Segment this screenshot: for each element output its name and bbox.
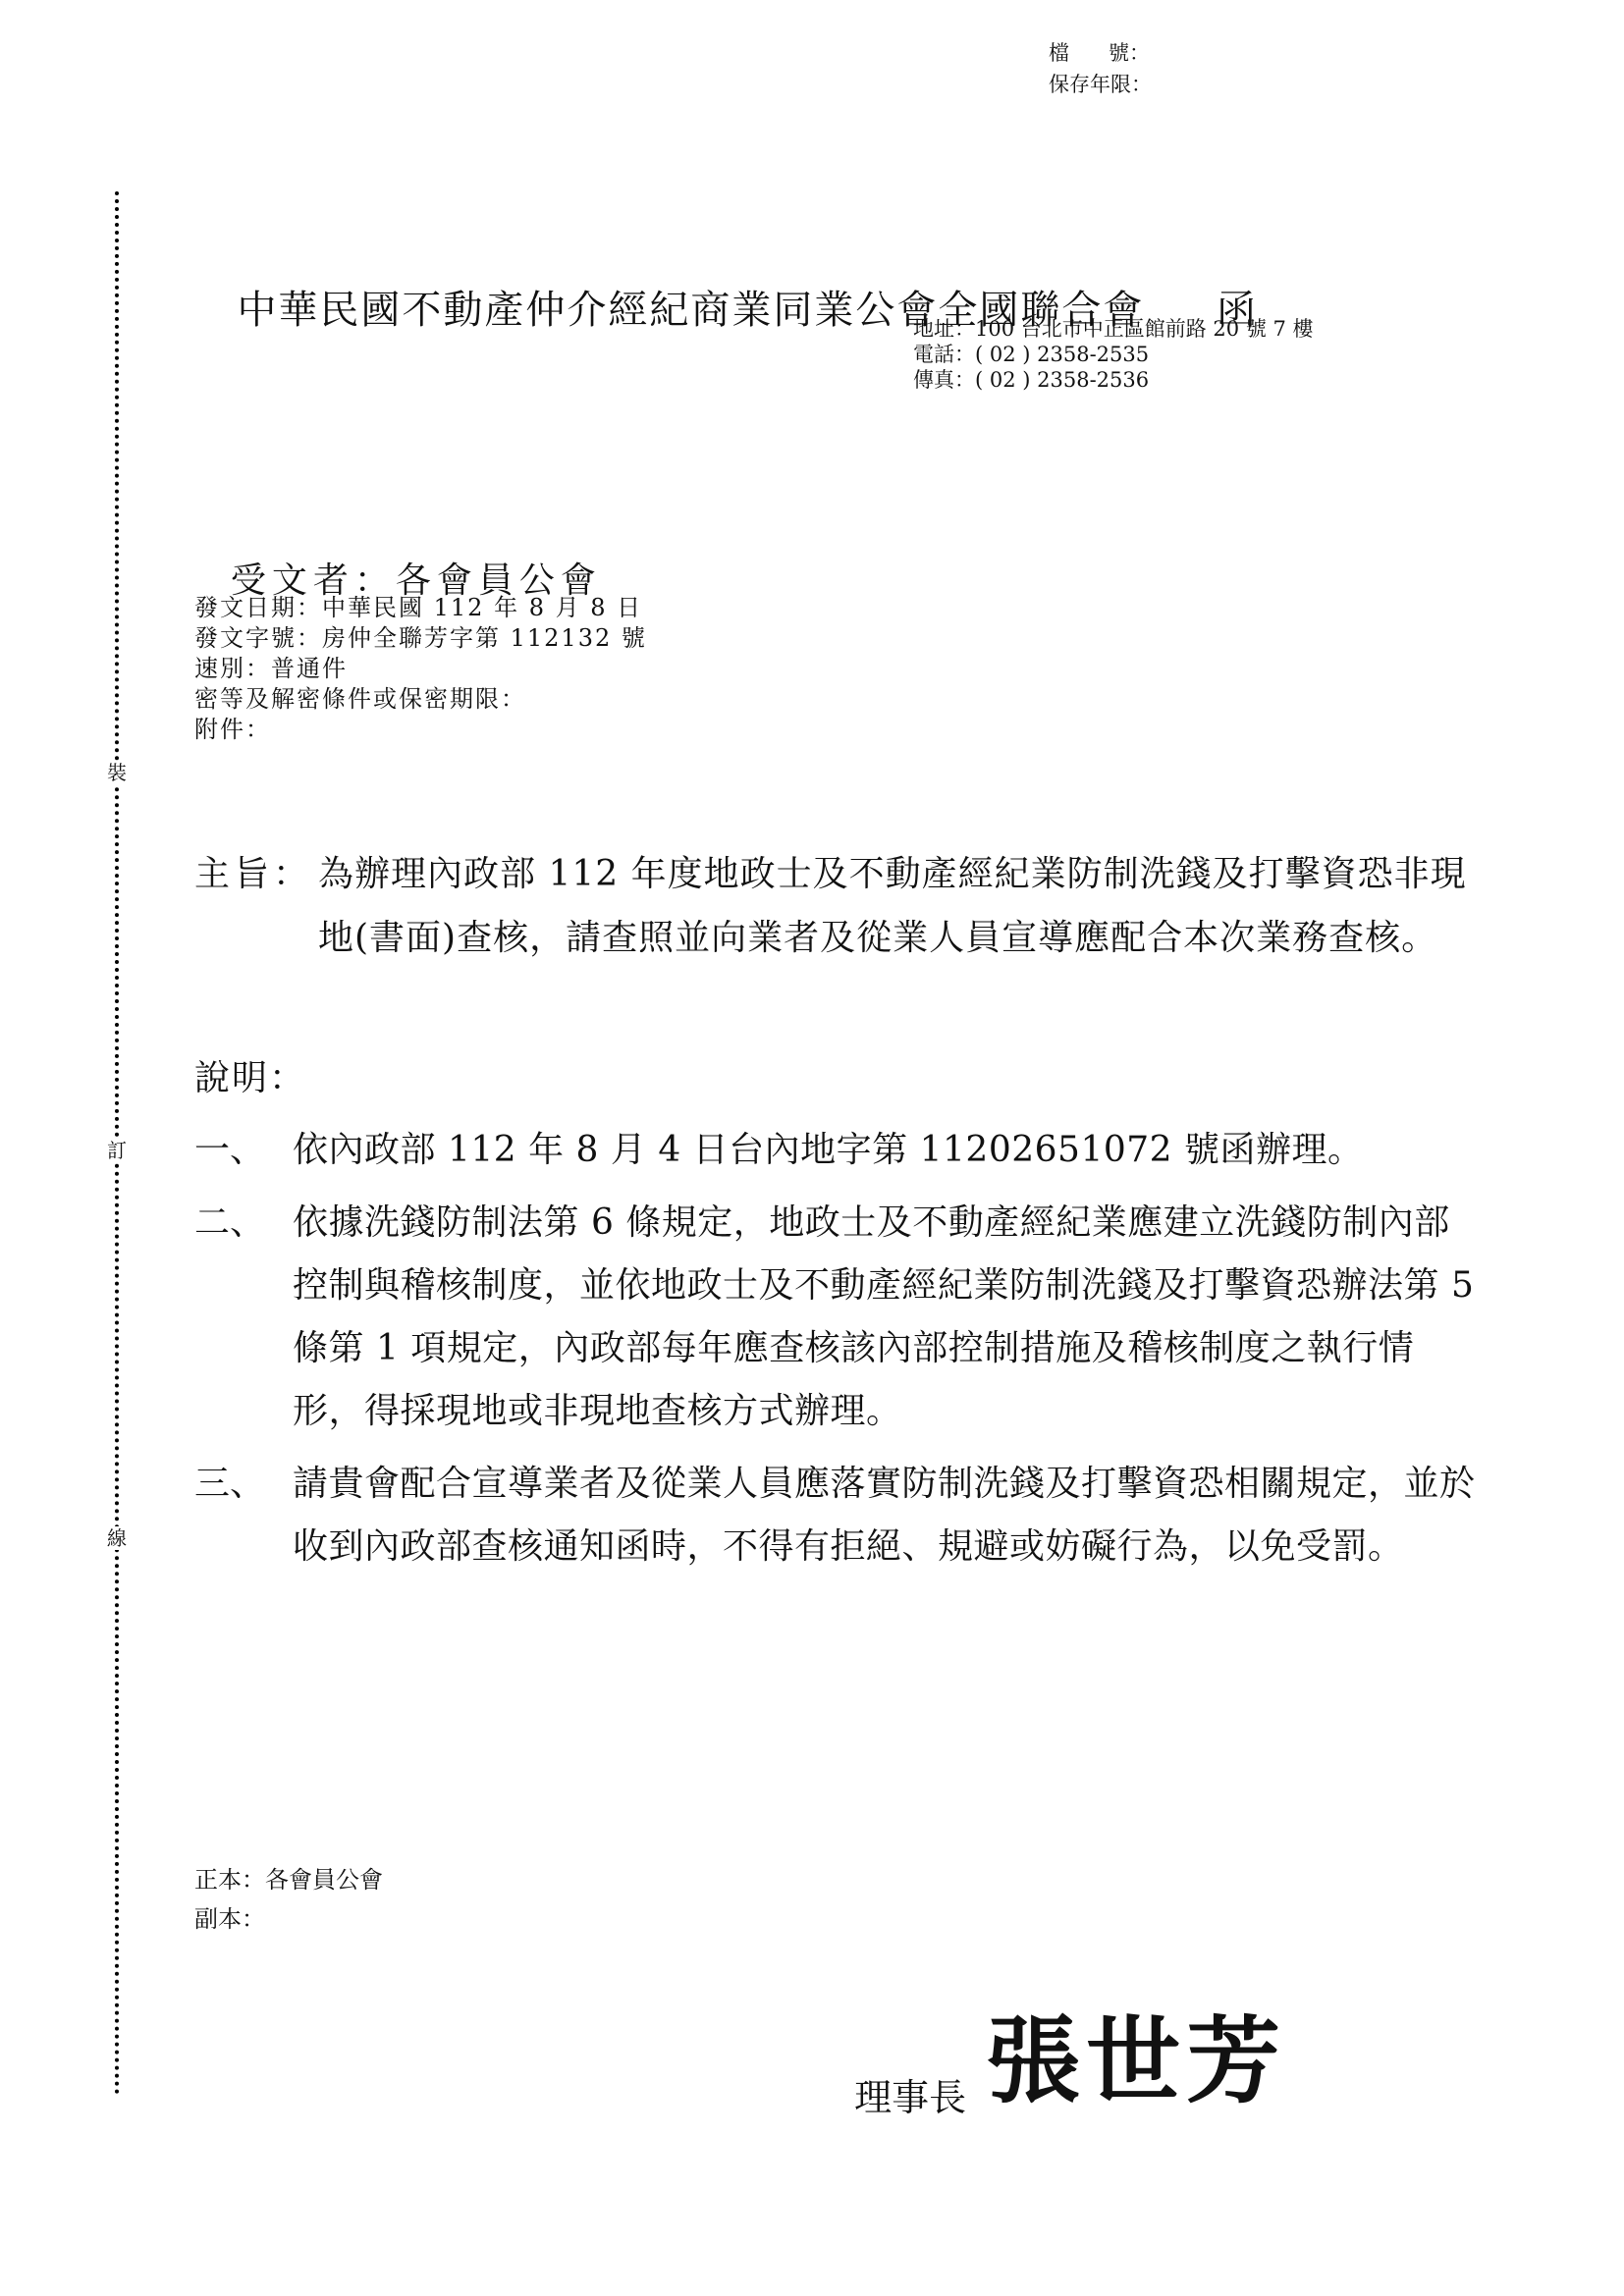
signer-name: 張世芳 bbox=[986, 1987, 1286, 2121]
subject-text: 為辦理內政部 112 年度地政士及不動產經紀業防制洗錢及打擊資恐非現地(書面)查… bbox=[318, 842, 1481, 970]
binding-mark-bind: 裝 bbox=[102, 761, 132, 784]
item-text: 請貴會配合宣導業者及從業人員應落實防制洗錢及打擊資恐相關規定，並於收到內政部查核… bbox=[293, 1453, 1481, 1578]
binding-mark-line: 線 bbox=[102, 1526, 132, 1550]
list-item: 三、 請貴會配合宣導業者及從業人員應落實防制洗錢及打擊資恐相關規定，並於收到內政… bbox=[194, 1453, 1481, 1578]
document-number: 發文字號：房仲全聯芳字第 112132 號 bbox=[194, 623, 647, 654]
file-meta: 檔 號： 保存年限： bbox=[1049, 37, 1152, 100]
document-meta: 發文日期：中華民國 112 年 8 月 8 日 發文字號：房仲全聯芳字第 112… bbox=[194, 593, 647, 745]
original-recipients: 正本：各會員公會 bbox=[194, 1860, 383, 1899]
contact-info: 地址：100 台北市中正區館前路 20 號 7 樓 電話：( 02 ) 2358… bbox=[913, 316, 1314, 393]
urgency: 速別：普通件 bbox=[194, 654, 647, 684]
file-number-label: 檔 號： bbox=[1049, 37, 1152, 69]
list-item: 一、 依內政部 112 年 8 月 4 日台內地字第 11202651072 號… bbox=[194, 1119, 1481, 1182]
phone: 電話：( 02 ) 2358-2535 bbox=[913, 342, 1314, 367]
item-number: 一、 bbox=[194, 1119, 265, 1182]
explanation-list: 一、 依內政部 112 年 8 月 4 日台內地字第 11202651072 號… bbox=[194, 1119, 1481, 1588]
explanation-label: 說明： bbox=[194, 1050, 306, 1100]
classification: 密等及解密條件或保密期限： bbox=[194, 684, 647, 715]
item-number: 二、 bbox=[194, 1192, 265, 1255]
subject: 主旨： 為辦理內政部 112 年度地政士及不動產經紀業防制洗錢及打擊資恐非現地(… bbox=[194, 842, 1481, 970]
cc-recipients: 副本： bbox=[194, 1899, 383, 1939]
distribution: 正本：各會員公會 副本： bbox=[194, 1860, 383, 1939]
retention-period-label: 保存年限： bbox=[1049, 69, 1152, 100]
item-text: 依據洗錢防制法第 6 條規定，地政士及不動產經紀業應建立洗錢防制內部控制與稽核制… bbox=[293, 1192, 1481, 1443]
list-item: 二、 依據洗錢防制法第 6 條規定，地政士及不動產經紀業應建立洗錢防制內部控制與… bbox=[194, 1192, 1481, 1443]
item-number: 三、 bbox=[194, 1453, 265, 1516]
signature-block: 理事長張世芳 bbox=[844, 1968, 1286, 2121]
attachments: 附件： bbox=[194, 715, 647, 745]
subject-label: 主旨： bbox=[194, 842, 312, 906]
fax: 傳真：( 02 ) 2358-2536 bbox=[913, 367, 1314, 393]
issue-date: 發文日期：中華民國 112 年 8 月 8 日 bbox=[194, 593, 647, 623]
address: 地址：100 台北市中正區館前路 20 號 7 樓 bbox=[913, 316, 1314, 342]
signer-title: 理事長 bbox=[854, 2067, 966, 2121]
binding-mark-staple: 訂 bbox=[102, 1139, 132, 1162]
recipient: 受文者：各會員公會 bbox=[196, 512, 602, 603]
item-text: 依內政部 112 年 8 月 4 日台內地字第 11202651072 號函辦理… bbox=[293, 1119, 1481, 1182]
